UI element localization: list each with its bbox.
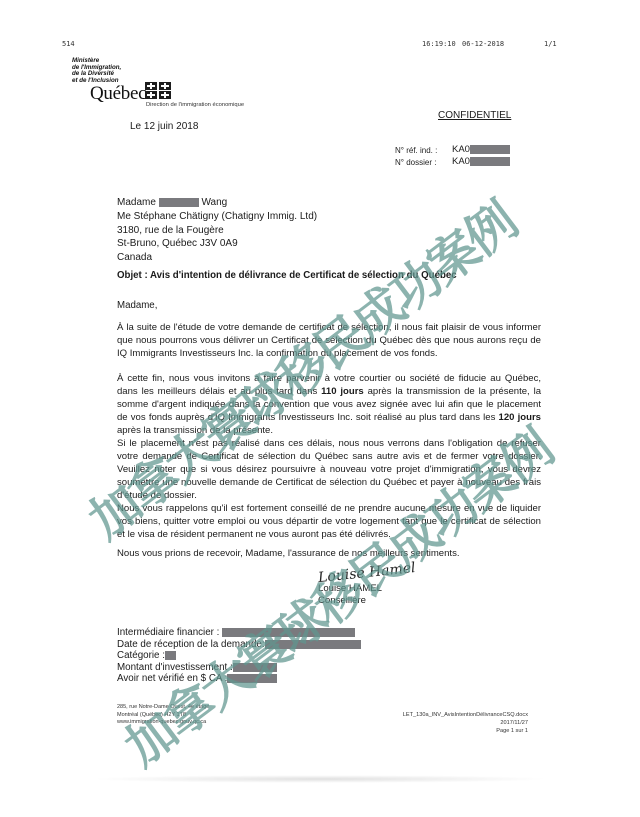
field-investment-amount: Montant d'investissement : [117, 662, 361, 674]
redaction-block [165, 651, 176, 660]
case-fields: Intermédiaire financier : Date de récept… [117, 627, 361, 685]
recipient-prefix: Madame [117, 197, 156, 208]
deadline-110-days: 110 jours [321, 386, 364, 397]
confidential-label: CONFIDENTIEL [438, 110, 511, 121]
recipient-surname: Wang [201, 197, 227, 208]
fax-date: 06-12-2018 [462, 40, 504, 48]
redaction-block [470, 145, 510, 154]
paragraph-4: Nous vous rappelons qu'il est fortement … [117, 503, 541, 542]
dossier-value-text: KA0 [452, 156, 470, 167]
address-line: 285, rue Notre-Dame Ouest, 4e étage [117, 704, 209, 712]
redaction-block [159, 198, 199, 207]
address-line: Montréal (Québec) H2Y 1T8 [117, 712, 209, 720]
field-net-worth: Avoir net vérifié en $ CA : [117, 673, 361, 685]
dossier-value: KA0 [452, 156, 510, 167]
address-line: Me Stéphane Chätigny (Chatigny Immig. Lt… [117, 210, 317, 224]
field-label: Catégorie : [117, 650, 165, 661]
dossier-label: N° dossier : [395, 158, 436, 167]
fax-id: 514 [62, 40, 75, 48]
paragraph-3: Si le placement n'est pas réalisé dans c… [117, 438, 541, 503]
document-reference: LET_130a_INV_AvisIntentionDélivranceCSQ.… [360, 712, 528, 735]
field-label: Avoir net vérifié en $ CA : [117, 673, 227, 684]
signatory-title: Conseillère [318, 595, 382, 607]
redaction-block [222, 628, 355, 637]
fax-pages: 1/1 [544, 40, 557, 48]
redaction-block [233, 663, 277, 672]
page-number: Page 1 sur 1 [360, 728, 528, 736]
website: www.immigration-quebec.gouv.qc.ca [117, 719, 209, 727]
field-application-date: Date de réception de la demande: [117, 639, 361, 651]
closing: Nous vous prions de recevoir, Madame, l'… [117, 548, 541, 561]
signatory-name: Louise HAMEL [318, 583, 382, 595]
doc-filename: LET_130a_INV_AvisIntentionDélivranceCSQ.… [360, 712, 528, 720]
field-label: Intermédiaire financier : [117, 627, 219, 638]
paragraph-1: À la suite de l'étude de votre demande d… [117, 322, 541, 361]
field-financial-intermediary: Intermédiaire financier : [117, 627, 361, 639]
deadline-120-days: 120 jours [499, 412, 541, 423]
redaction-block [470, 157, 510, 166]
ref-label: N° réf. ind. : [395, 146, 437, 155]
ref-value-text: KA0 [452, 144, 470, 155]
field-category: Catégorie : [117, 650, 361, 662]
salutation: Madame, [117, 300, 157, 311]
recipient-name: Madame Wang [117, 196, 317, 210]
letter-date: Le 12 juin 2018 [130, 121, 198, 132]
quebec-flag-icon [145, 82, 171, 99]
doc-date: 2017/11/27 [360, 720, 528, 728]
redaction-block [227, 674, 277, 683]
subject-line: Objet : Avis d'intention de délivrance d… [117, 270, 457, 281]
signatory: Louise HAMEL Conseillère [318, 583, 382, 606]
field-label: Date de réception de la demande: [117, 639, 265, 650]
field-label: Montant d'investissement : [117, 662, 233, 673]
address-line: St-Bruno, Québec J3V 0A9 [117, 237, 317, 251]
redaction-block [265, 640, 361, 649]
ministry-name: Ministère de l'Immigration, de la Divers… [72, 58, 121, 84]
page-shadow [90, 775, 550, 783]
direction-name: Direction de l'immigration économique [146, 102, 244, 108]
fax-time: 16:19:10 [422, 40, 456, 48]
ministry-address: 285, rue Notre-Dame Ouest, 4e étage Mont… [117, 704, 209, 727]
ref-value: KA0 [452, 144, 510, 155]
paragraph-2: À cette fin, nous vous invitons à faire … [117, 373, 541, 438]
address-line: 3180, rue de la Fougère [117, 224, 317, 238]
address-line: Canada [117, 251, 317, 265]
paragraph-text: après la transmission de la présente. [117, 425, 273, 436]
quebec-logo-text: Québec [90, 83, 146, 105]
recipient-address: Madame Wang Me Stéphane Chätigny (Chatig… [117, 196, 317, 265]
